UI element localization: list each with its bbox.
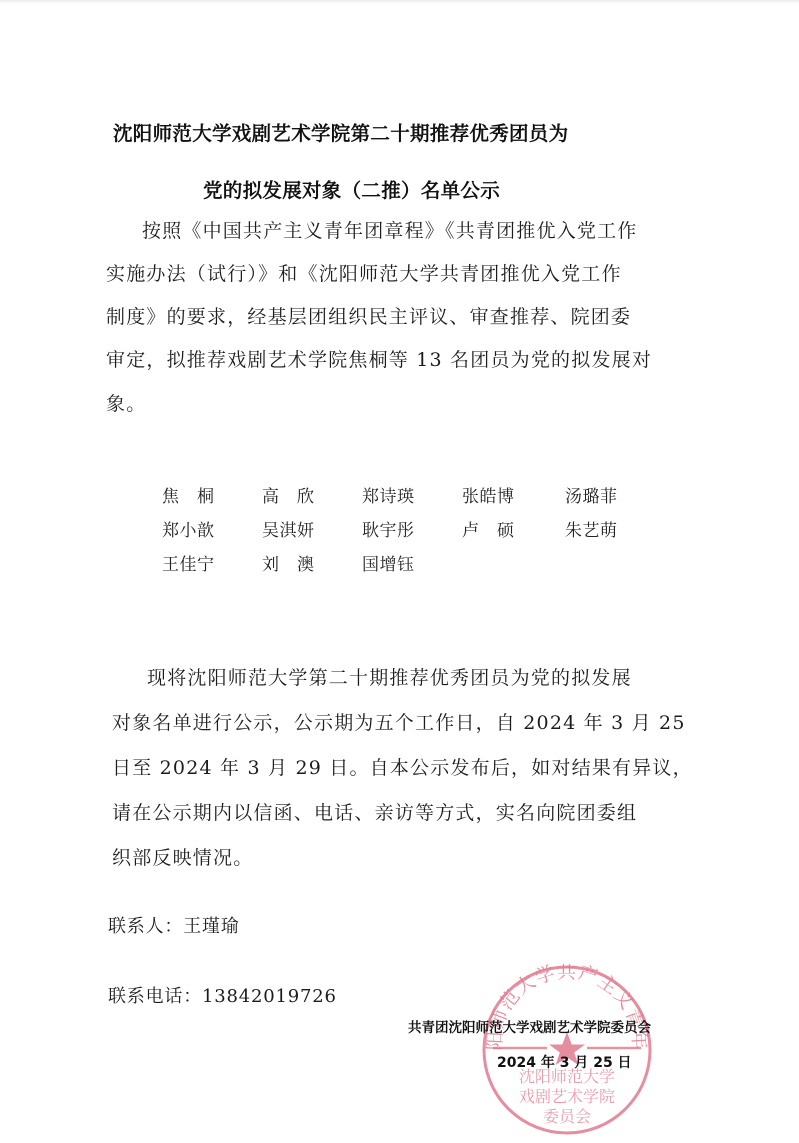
paragraph-2-line: 对象名单进行公示，公示期为五个工作日，自 2024 年 3 月 25 xyxy=(112,708,686,735)
top-edge-shadow xyxy=(0,0,799,4)
paragraph-2-line: 日至 2024 年 3 月 29 日。自本公示发布后，如对结果有异议， xyxy=(112,753,693,780)
names-row: 郑小歆 吴淇妍 耿宇彤 卢 硕 朱艺萌 xyxy=(162,516,682,550)
contact-person-name: 王瑾瑜 xyxy=(183,916,239,937)
names-row: 王佳宁 刘 澳 国增钰 xyxy=(162,550,682,584)
candidate-name: 卢 硕 xyxy=(462,516,515,541)
paragraph-1-line: 实施办法（试行）》和《沈阳师范大学共青团推优入党工作 xyxy=(106,259,622,286)
candidate-name: 朱艺萌 xyxy=(565,516,618,541)
paragraph-1-line: 审定，拟推荐戏剧艺术学院焦桐等 13 名团员为党的拟发展对 xyxy=(106,345,652,372)
document-title-line-1: 沈阳师范大学戏剧艺术学院第二十期推荐优秀团员为 xyxy=(113,118,568,146)
seal-inner-line-2: 戏剧艺术学院 xyxy=(519,1087,615,1106)
candidate-name: 张皓博 xyxy=(462,482,515,507)
candidate-name: 汤璐菲 xyxy=(565,482,618,507)
candidate-name: 焦 桐 xyxy=(162,482,215,507)
paragraph-1-line: 按照《中国共产主义青年团章程》《共青团推优入党工作 xyxy=(142,216,638,243)
candidate-name: 刘 澳 xyxy=(262,550,315,575)
contact-phone: 联系电话：13842019726 xyxy=(108,982,337,1008)
paragraph-1-line: 制度》的要求，经基层团组织民主评议、审查推荐、院团委 xyxy=(106,302,631,329)
candidate-name: 王佳宁 xyxy=(162,550,215,575)
candidate-name: 郑小歆 xyxy=(162,516,215,541)
candidate-name: 高 欣 xyxy=(262,482,315,507)
paragraph-2-line: 现将沈阳师范大学第二十期推荐优秀团员为党的拟发展 xyxy=(147,663,632,690)
candidate-names-list: 焦 桐 高 欣 郑诗瑛 张皓博 汤璐菲 郑小歆 吴淇妍 耿宇彤 卢 硕 朱艺萌 … xyxy=(162,482,682,584)
paragraph-1-line: 象。 xyxy=(106,389,146,416)
paragraph-2-line: 请在公示期内以信函、电话、亲访等方式，实名向院团委组 xyxy=(112,798,637,825)
candidate-name: 耿宇彤 xyxy=(362,516,415,541)
contact-person-label: 联系人： xyxy=(108,916,183,937)
issue-date: 2024 年 3 月 25 日 xyxy=(497,1052,632,1072)
seal-icon: 沈阳师范大学共产主义青年团 沈阳师范大学 戏剧艺术学院 委员会 xyxy=(481,964,653,1136)
contact-phone-label: 联系电话： xyxy=(108,986,202,1007)
paragraph-2-line: 织部反映情况。 xyxy=(112,843,253,870)
official-seal-stamp: 沈阳师范大学共产主义青年团 沈阳师范大学 戏剧艺术学院 委员会 xyxy=(481,964,653,1136)
candidate-name: 国增钰 xyxy=(362,550,415,575)
contact-phone-number: 13842019726 xyxy=(202,986,337,1007)
issuing-organization: 共青团沈阳师范大学戏剧艺术学院委员会 xyxy=(408,1016,651,1036)
contact-person: 联系人：王瑾瑜 xyxy=(108,912,240,938)
candidate-name: 吴淇妍 xyxy=(262,516,315,541)
names-row: 焦 桐 高 欣 郑诗瑛 张皓博 汤璐菲 xyxy=(162,482,682,516)
seal-inner-line-3: 委员会 xyxy=(543,1107,591,1126)
document-title-line-2: 党的拟发展对象（二推）名单公示 xyxy=(203,175,500,203)
candidate-name: 郑诗瑛 xyxy=(362,482,415,507)
